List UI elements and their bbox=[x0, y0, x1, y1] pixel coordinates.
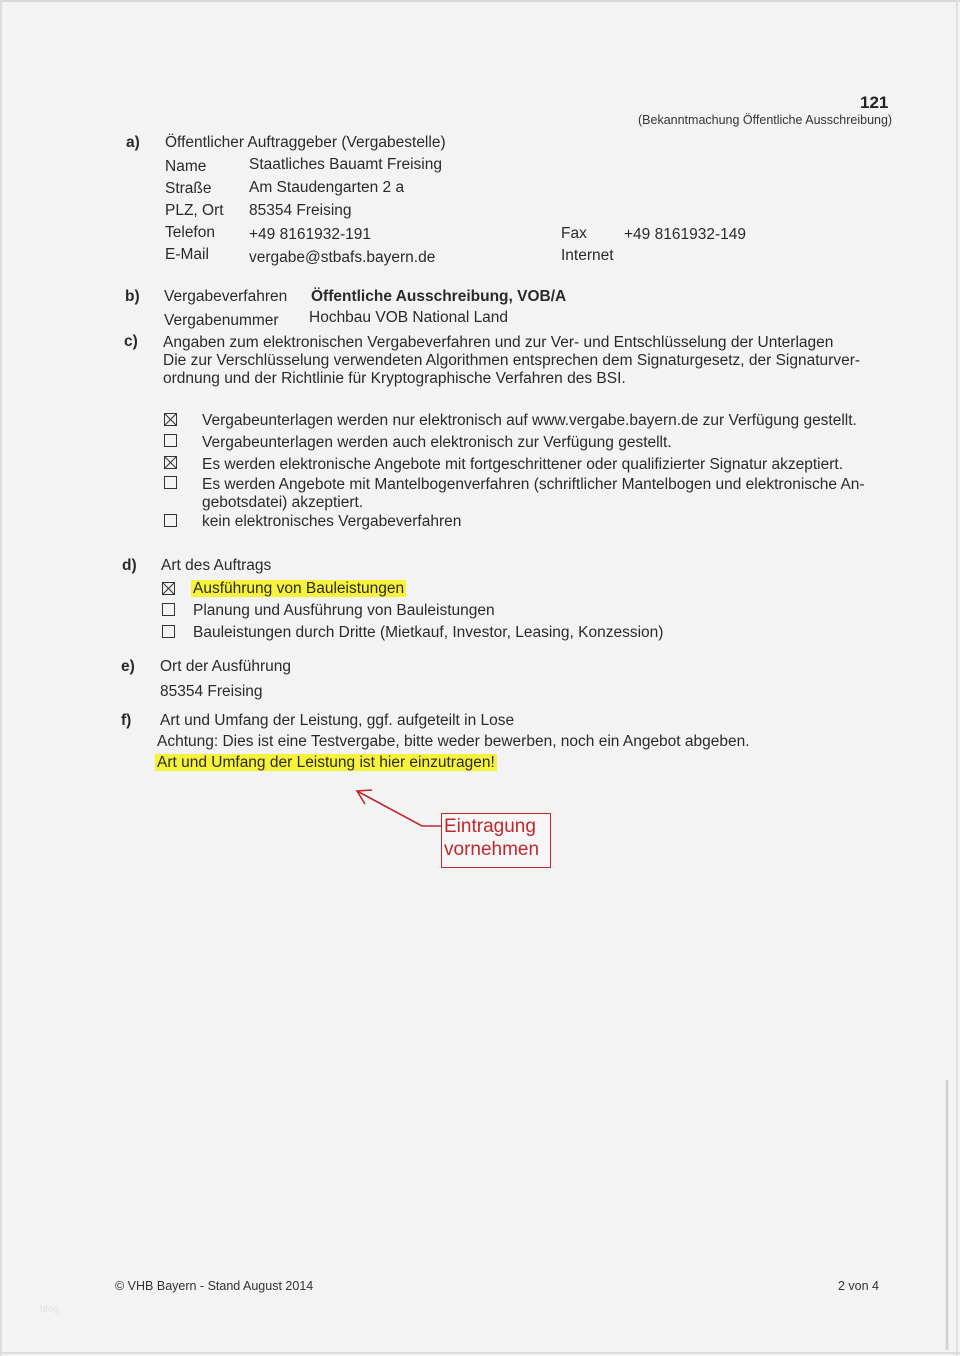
page-edge bbox=[0, 0, 2, 1356]
section-title: Art und Umfang der Leistung, ggf. aufget… bbox=[160, 712, 514, 730]
section-title: Art des Auftrags bbox=[161, 557, 271, 575]
field-value-name: Staatliches Bauamt Freising bbox=[249, 156, 442, 174]
field-label-street: Straße bbox=[165, 180, 212, 198]
field-value-fax: +49 8161932-149 bbox=[624, 226, 746, 244]
section-text-line: Die zur Verschlüsselung verwendeten Algo… bbox=[163, 352, 860, 370]
field-value-city: 85354 Freising bbox=[249, 202, 352, 220]
page-edge bbox=[956, 0, 958, 1356]
section-letter: e) bbox=[121, 658, 135, 676]
callout-line: vornehmen bbox=[444, 839, 539, 861]
section-letter: f) bbox=[121, 712, 131, 730]
notice-text: Achtung: Dies ist eine Testvergabe, bitt… bbox=[157, 733, 750, 751]
footer-page-count: 2 von 4 bbox=[838, 1279, 879, 1293]
option-label: Vergabeunterlagen werden auch elektronis… bbox=[202, 434, 672, 452]
option-label: gebotsdatei) akzeptiert. bbox=[202, 494, 363, 512]
field-value-number: Hochbau VOB National Land bbox=[309, 309, 508, 327]
checkbox-unchecked[interactable] bbox=[164, 514, 177, 527]
section-letter: d) bbox=[122, 557, 137, 575]
section-letter: b) bbox=[125, 288, 140, 306]
highlighted-text: Ausführung von Bauleistungen bbox=[191, 580, 406, 597]
section-letter: c) bbox=[124, 333, 138, 351]
option-label: Ausführung von Bauleistungen bbox=[193, 580, 406, 598]
section-title: Ort der Ausführung bbox=[160, 658, 291, 676]
checkbox-checked[interactable] bbox=[164, 456, 177, 469]
x-mark-icon bbox=[165, 457, 176, 468]
placeholder-text: Art und Umfang der Leistung ist hier ein… bbox=[157, 754, 497, 772]
field-label-name: Name bbox=[165, 158, 206, 176]
checkbox-checked[interactable] bbox=[162, 582, 175, 595]
section-title: Öffentlicher Auftraggeber (Vergabestelle… bbox=[165, 134, 446, 152]
checkbox-unchecked[interactable] bbox=[164, 434, 177, 447]
callout-line: Eintragung bbox=[444, 816, 536, 838]
field-label-phone: Telefon bbox=[165, 224, 215, 242]
field-label-internet: Internet bbox=[561, 247, 614, 265]
page-edge bbox=[0, 0, 960, 2]
page-fold-shadow bbox=[945, 1080, 949, 1350]
field-label-number: Vergabenummer bbox=[164, 312, 279, 330]
option-label: Es werden Angebote mit Mantelbogenverfah… bbox=[202, 476, 865, 494]
field-label-fax: Fax bbox=[561, 225, 587, 243]
option-label: Es werden elektronische Angebote mit for… bbox=[202, 456, 843, 474]
field-value-street: Am Staudengarten 2 a bbox=[249, 179, 404, 197]
highlighted-text: Art und Umfang der Leistung ist hier ein… bbox=[155, 754, 497, 771]
footer-copyright: © VHB Bayern - Stand August 2014 bbox=[115, 1279, 313, 1293]
field-label-email: E-Mail bbox=[165, 246, 209, 264]
section-letter: a) bbox=[126, 134, 140, 152]
section-value: 85354 Freising bbox=[160, 683, 263, 701]
field-label-procedure: Vergabeverfahren bbox=[164, 288, 287, 306]
checkbox-unchecked[interactable] bbox=[164, 476, 177, 489]
option-label: Planung und Ausführung von Bauleistungen bbox=[193, 602, 495, 620]
callout-box: Eintragung vornehmen bbox=[441, 813, 551, 868]
page-edge bbox=[0, 1352, 960, 1354]
field-value-phone: +49 8161932-191 bbox=[249, 226, 371, 244]
checkbox-unchecked[interactable] bbox=[162, 603, 175, 616]
option-label: Vergabeunterlagen werden nur elektronisc… bbox=[202, 412, 857, 430]
watermark: blog bbox=[40, 1304, 59, 1315]
field-value-procedure: Öffentliche Ausschreibung, VOB/A bbox=[311, 288, 566, 306]
option-label: Bauleistungen durch Dritte (Mietkauf, In… bbox=[193, 624, 663, 642]
x-mark-icon bbox=[163, 583, 174, 594]
section-text-line: ordnung und der Richtlinie für Kryptogra… bbox=[163, 370, 626, 388]
section-text-line: Angaben zum elektronischen Vergabeverfah… bbox=[163, 334, 833, 352]
checkbox-checked[interactable] bbox=[164, 413, 177, 426]
x-mark-icon bbox=[165, 414, 176, 425]
field-label-city: PLZ, Ort bbox=[165, 202, 224, 220]
option-label: kein elektronisches Vergabeverfahren bbox=[202, 513, 461, 531]
checkbox-unchecked[interactable] bbox=[162, 625, 175, 638]
field-value-email: vergabe@stbafs.bayern.de bbox=[249, 249, 435, 267]
page-number: 121 bbox=[860, 93, 888, 113]
document-subtitle: (Bekanntmachung Öffentliche Ausschreibun… bbox=[638, 113, 892, 127]
